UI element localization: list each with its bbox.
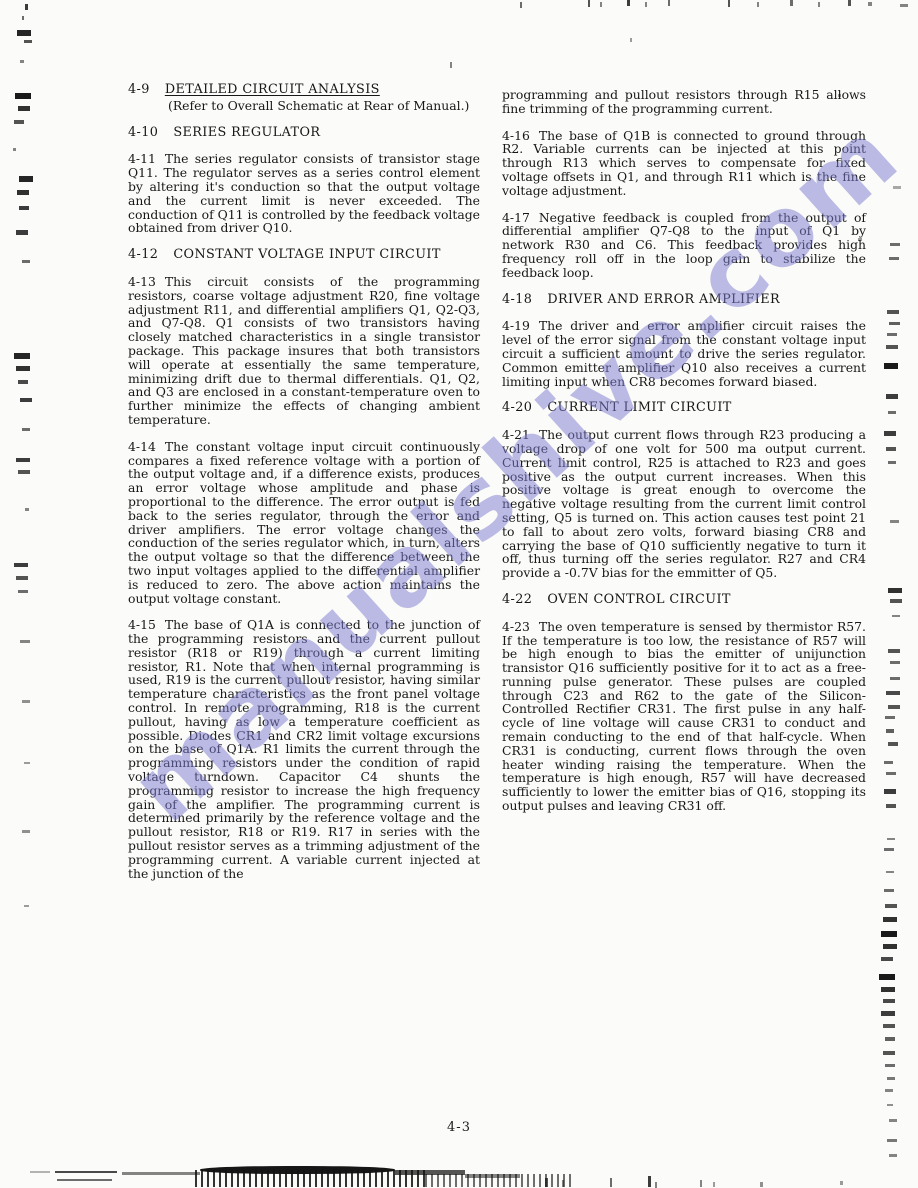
paragraph-4-21: 4-21The output current flows through R23… — [502, 428, 866, 580]
scan-mark — [55, 1171, 117, 1173]
paragraph-4-11: 4-11The series regulator consists of tra… — [128, 152, 480, 235]
scan-mark — [883, 1051, 895, 1055]
scan-mark — [14, 563, 28, 567]
scan-mark — [16, 458, 30, 462]
paragraph-4-13: 4-13This circuit consists of the program… — [128, 275, 480, 427]
scan-mark — [25, 508, 29, 511]
scan-mark — [195, 1170, 425, 1187]
scan-mark — [24, 40, 32, 43]
scan-mark — [16, 366, 30, 371]
scan-mark — [728, 0, 730, 7]
paragraph-text: The base of Q1B is connected to ground t… — [502, 128, 866, 198]
scan-mark — [883, 1024, 895, 1028]
right-column: programming and pullout resistors throug… — [502, 80, 866, 893]
scan-mark — [630, 38, 632, 42]
section-title: CONSTANT VOLTAGE INPUT CIRCUIT — [173, 247, 440, 262]
paragraph-text: programming and pullout resistors throug… — [502, 87, 866, 116]
scan-mark — [122, 1172, 200, 1175]
scan-mark — [840, 1181, 843, 1185]
scan-mark — [887, 1077, 895, 1080]
scan-mark — [900, 4, 908, 7]
scan-mark — [890, 677, 900, 680]
scan-mark — [889, 257, 899, 260]
scan-mark — [24, 762, 30, 764]
scan-mark — [588, 0, 590, 7]
scan-mark — [713, 1182, 715, 1187]
scan-mark — [887, 1139, 897, 1142]
scan-mark — [886, 871, 894, 873]
section-title: CURRENT LIMIT CIRCUIT — [547, 400, 731, 415]
section-heading-4-18: 4-18DRIVER AND ERROR AMPLIFIER — [502, 293, 866, 307]
section-subnote: (Refer to Overall Schematic at Rear of M… — [168, 99, 480, 113]
text-columns: 4-9DETAILED CIRCUIT ANALYSIS(Refer to Ov… — [128, 80, 868, 893]
scan-mark — [889, 322, 900, 325]
scan-mark — [885, 1037, 895, 1041]
scan-mark — [888, 649, 900, 653]
paragraph-number: 4-11 — [128, 151, 156, 166]
scan-mark — [760, 1182, 763, 1187]
scan-mark — [700, 1180, 702, 1187]
scan-mark — [892, 615, 900, 617]
scan-mark — [889, 1119, 897, 1122]
scan-mark — [884, 889, 894, 892]
scan-mark — [600, 2, 602, 7]
scan-mark — [884, 761, 893, 764]
scan-mark — [884, 848, 894, 851]
scan-mark — [889, 1154, 897, 1157]
scan-mark — [450, 62, 452, 68]
scan-mark — [668, 0, 670, 6]
scan-mark — [645, 2, 647, 7]
scan-mark — [25, 4, 28, 10]
scan-mark — [885, 1064, 895, 1067]
scan-mark — [14, 353, 30, 359]
scan-mark — [17, 190, 29, 195]
scan-mark — [24, 905, 29, 907]
scan-mark — [425, 1174, 575, 1187]
scan-mark — [655, 1182, 657, 1188]
scan-mark — [18, 470, 30, 474]
scan-mark — [790, 0, 793, 6]
section-title: OVEN CONTROL CIRCUIT — [547, 592, 730, 607]
paragraph-number: 4-15 — [128, 617, 156, 632]
scan-mark — [757, 2, 759, 7]
scan-mark — [30, 1171, 50, 1173]
scan-mark — [22, 260, 30, 263]
scan-mark — [886, 394, 898, 399]
paragraph-text: The driver and error amplifier circuit r… — [502, 318, 866, 388]
scan-mark — [20, 60, 24, 63]
scan-mark — [838, 94, 841, 97]
scan-mark — [890, 661, 900, 664]
left-column: 4-9DETAILED CIRCUIT ANALYSIS(Refer to Ov… — [128, 80, 480, 893]
paragraph-4-15: 4-15The base of Q1A is connected to the … — [128, 618, 480, 880]
scan-mark — [18, 590, 28, 593]
scan-mark — [15, 93, 31, 99]
scan-mark — [648, 1176, 651, 1187]
scan-mark — [888, 705, 900, 709]
section-number: 4-22 — [502, 592, 532, 607]
paragraph-4-23: 4-23The oven temperature is sensed by th… — [502, 620, 866, 813]
manual-page: manualshive.com 4-9DETAILED CIRCUIT ANAL… — [0, 0, 918, 1188]
section-title: DETAILED CIRCUIT ANALYSIS — [165, 82, 380, 97]
paragraph-text: The oven temperature is sensed by thermi… — [502, 619, 866, 813]
scan-mark — [884, 431, 896, 436]
paragraph-number: 4-14 — [128, 439, 156, 454]
scan-mark — [886, 447, 896, 451]
scan-mark — [818, 2, 820, 7]
scan-mark — [885, 904, 897, 908]
scan-mark — [19, 206, 29, 210]
scan-mark — [886, 691, 900, 695]
section-number: 4-12 — [128, 247, 158, 262]
scan-mark — [16, 576, 28, 580]
scan-mark — [886, 804, 896, 808]
paragraph-number: 4-19 — [502, 318, 530, 333]
scan-mark — [20, 398, 32, 402]
section-number: 4-9 — [128, 82, 150, 97]
paragraph-4-19: 4-19The driver and error amplifier circu… — [502, 319, 866, 388]
scan-mark — [22, 428, 30, 431]
scan-mark — [627, 0, 630, 6]
section-heading-4-10: 4-10SERIES REGULATOR — [128, 126, 480, 140]
section-heading-4-9: 4-9DETAILED CIRCUIT ANALYSIS — [128, 83, 480, 97]
paragraph-text: The series regulator consists of transis… — [128, 151, 480, 235]
scan-mark — [14, 120, 24, 124]
scan-mark — [18, 106, 30, 111]
scan-mark — [883, 999, 895, 1003]
scan-mark — [887, 838, 895, 840]
paragraph-continued: programming and pullout resistors throug… — [502, 88, 866, 116]
section-heading-4-20: 4-20CURRENT LIMIT CIRCUIT — [502, 401, 866, 415]
paragraph-text: This circuit consists of the programming… — [128, 274, 480, 427]
scan-mark — [890, 243, 900, 246]
section-number: 4-10 — [128, 125, 158, 140]
scan-mark — [22, 830, 30, 833]
paragraph-number: 4-17 — [502, 210, 530, 225]
scan-mark — [848, 0, 851, 6]
scan-mark — [888, 742, 898, 746]
scan-mark — [886, 729, 894, 733]
scan-mark — [884, 789, 896, 794]
paragraph-4-16: 4-16The base of Q1B is connected to grou… — [502, 129, 866, 198]
scan-mark — [890, 599, 902, 603]
scan-mark — [20, 640, 30, 643]
scan-mark — [18, 380, 28, 384]
scan-mark — [885, 1089, 893, 1092]
scan-mark — [610, 1178, 612, 1187]
section-title: DRIVER AND ERROR AMPLIFIER — [547, 292, 780, 307]
page-number: 4-3 — [0, 1120, 918, 1135]
scan-mark — [19, 176, 33, 182]
scan-mark — [886, 345, 898, 349]
scan-mark — [881, 931, 897, 937]
paragraph-number: 4-16 — [502, 128, 530, 143]
scan-mark — [881, 987, 895, 992]
scan-mark — [57, 1179, 112, 1181]
scan-mark — [858, 238, 862, 241]
scan-mark — [22, 16, 24, 20]
section-heading-4-22: 4-22OVEN CONTROL CIRCUIT — [502, 593, 866, 607]
paragraph-number: 4-21 — [502, 427, 530, 442]
scan-mark — [893, 186, 901, 189]
scan-mark — [22, 700, 30, 703]
paragraph-4-14: 4-14The constant voltage input circuit c… — [128, 440, 480, 606]
section-number: 4-20 — [502, 400, 532, 415]
scan-mark — [888, 411, 896, 414]
paragraph-text: The constant voltage input circuit conti… — [128, 439, 480, 606]
paragraph-number: 4-13 — [128, 274, 156, 289]
scan-mark — [868, 2, 872, 6]
scan-mark — [888, 461, 896, 464]
scan-mark — [884, 363, 898, 369]
scan-mark — [890, 520, 899, 523]
section-heading-4-12: 4-12CONSTANT VOLTAGE INPUT CIRCUIT — [128, 248, 480, 262]
scan-mark — [883, 944, 897, 949]
scan-mark — [887, 310, 899, 314]
scan-mark — [13, 148, 16, 151]
scan-mark — [520, 2, 522, 8]
paragraph-number: 4-23 — [502, 619, 530, 634]
scan-mark — [885, 716, 895, 719]
paragraph-text: Negative feedback is coupled from the ou… — [502, 210, 866, 280]
paragraph-text: The base of Q1A is connected to the junc… — [128, 617, 480, 880]
scan-mark — [881, 957, 893, 961]
scan-mark — [879, 974, 895, 980]
scan-mark — [881, 1011, 895, 1016]
paragraph-text: The output current flows through R23 pro… — [502, 427, 866, 580]
section-title: SERIES REGULATOR — [173, 125, 320, 140]
scan-mark — [16, 230, 28, 235]
scan-mark — [17, 30, 31, 36]
scan-mark — [887, 333, 897, 336]
scan-mark — [886, 772, 896, 775]
scan-mark — [888, 588, 902, 593]
section-number: 4-18 — [502, 292, 532, 307]
scan-mark — [883, 917, 897, 922]
scan-mark — [887, 1104, 893, 1106]
paragraph-4-17: 4-17Negative feedback is coupled from th… — [502, 211, 866, 280]
